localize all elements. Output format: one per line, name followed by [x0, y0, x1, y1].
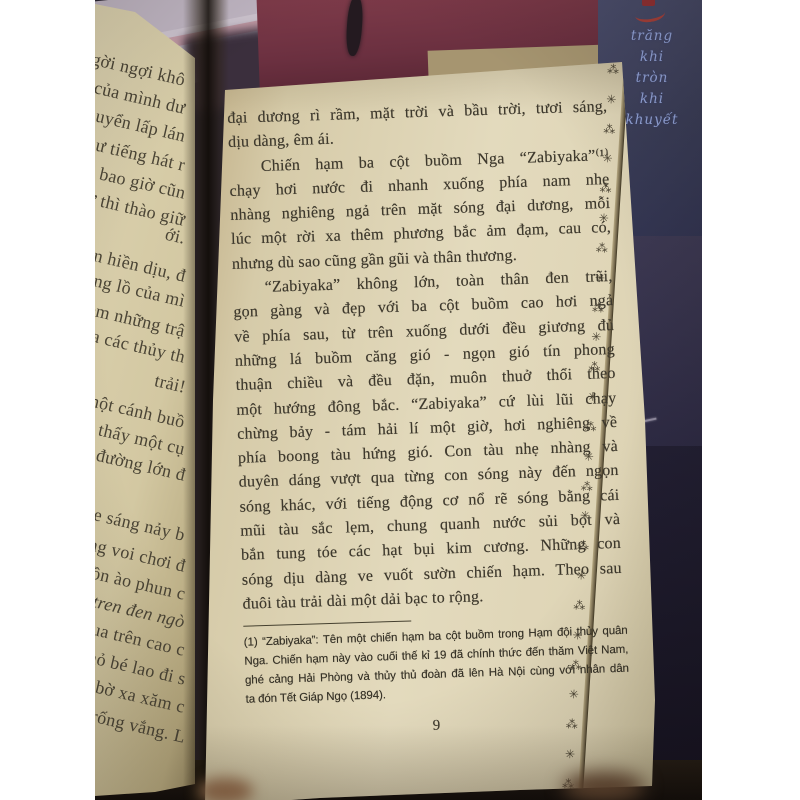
footnote: (1) “Zabiyaka”: Tên một chiến hạm ba cột… [244, 622, 630, 710]
finger-shadow-left [198, 778, 253, 800]
body-text: đại dương rì rầm, mặt trời và bầu trời, … [227, 95, 623, 617]
right-page: ⁂✳⁂✳⁂✳⁂✳⁂✳⁂✳⁂✳⁂✳⁂✳⁂✳⁂✳⁂✳⁂ đại dương rì r… [200, 55, 660, 800]
ornament-motif-icon: ✳ [565, 748, 576, 761]
cover-title-line: trăng [605, 26, 699, 47]
book-photo: trăngkhitrònkhikhuyết n ngời ngợi khôc c… [95, 0, 702, 800]
ornament-motif-icon: ⁂ [607, 63, 620, 76]
finger-shadow-right [563, 772, 645, 800]
left-page: n ngời ngợi khôc của mình dưchuyển lấp l… [95, 0, 195, 800]
ornament-motif-icon: ✳ [606, 93, 617, 106]
footnote-divider [243, 621, 411, 627]
page-text-block: đại dương rì rầm, mặt trời và bầu trời, … [227, 95, 627, 741]
